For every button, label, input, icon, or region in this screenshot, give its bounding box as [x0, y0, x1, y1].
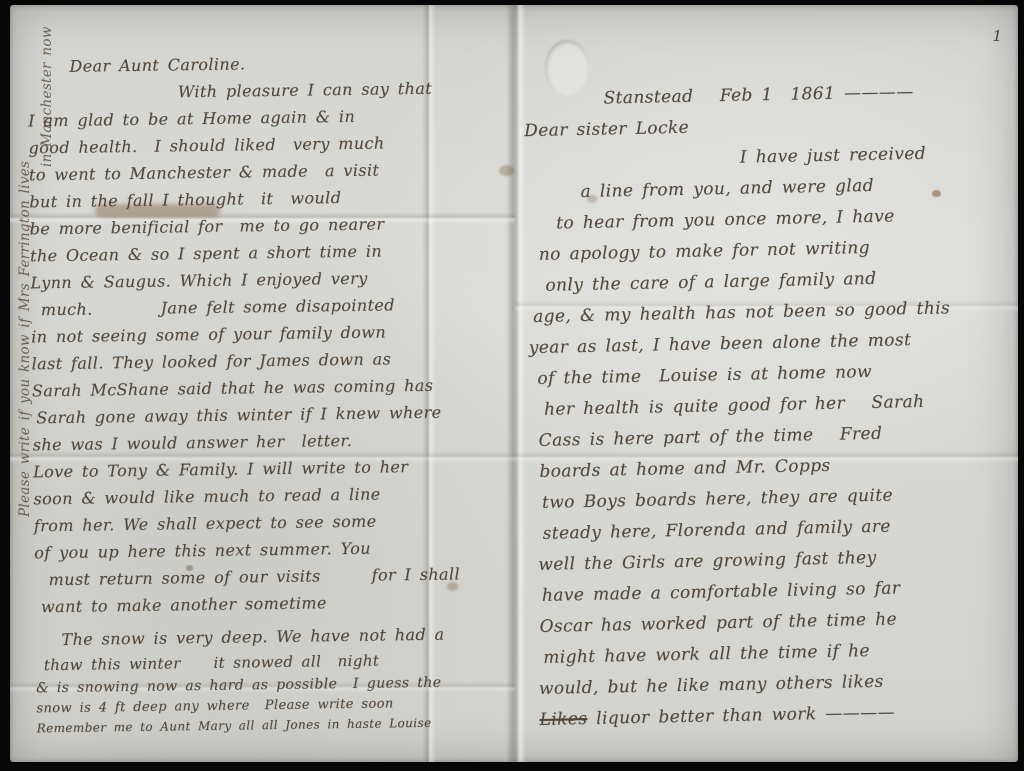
scanned-letter: 1 Please write if you know if Mrs Ferrin…	[0, 0, 1024, 771]
letter-line: want to make another sometime	[41, 587, 517, 621]
right-page-text: Stanstead Feb 1 1861 ————Dear sister Loc…	[523, 75, 1023, 736]
struck-word: Likes	[539, 709, 587, 730]
page-number: 1	[992, 27, 1002, 45]
left-page-text: Dear Aunt Caroline.With pleasure I can s…	[27, 47, 519, 739]
letter-paper: 1 Please write if you know if Mrs Ferrin…	[10, 5, 1018, 762]
